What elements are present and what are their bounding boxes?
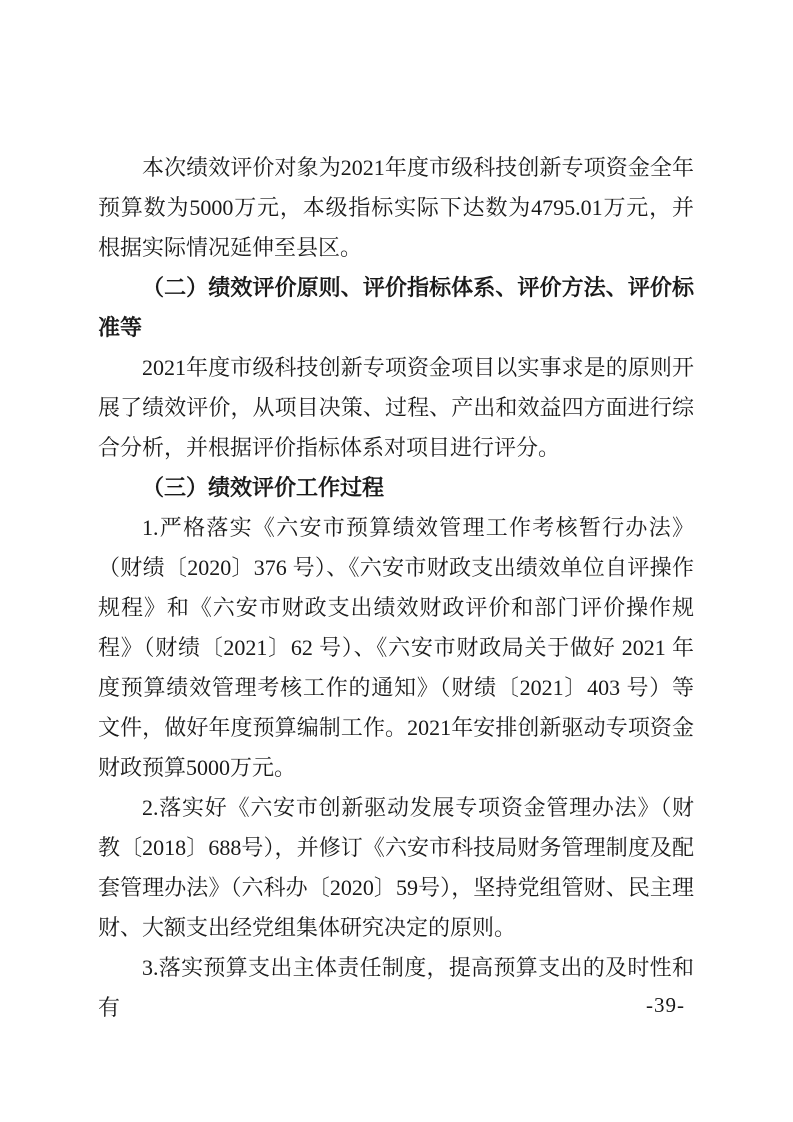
page-number: -39- [646,993,685,1017]
paragraph-item-2: 2.落实好《六安市创新驱动发展专项资金管理办法》（财教〔2018〕688号），并… [98,788,694,948]
paragraph-item-1: 1.严格落实《六安市预算绩效管理工作考核暂行办法》（财绩〔2020〕376 号）… [98,508,694,788]
paragraph-evaluation-method: 2021年度市级科技创新专项资金项目以实事求是的原则开展了绩效评价，从项目决策、… [98,348,694,468]
paragraph-evaluation-object: 本次绩效评价对象为2021年度市级科技创新专项资金全年预算数为5000万元，本级… [98,148,694,268]
section-heading-principles: （二）绩效评价原则、评价指标体系、评价方法、评价标准等 [98,268,694,348]
paragraph-item-3: 3.落实预算支出主体责任制度，提高预算支出的及时性和有 [98,948,694,1028]
document-page: 本次绩效评价对象为2021年度市级科技创新专项资金全年预算数为5000万元，本级… [0,0,793,1122]
section-heading-work-process: （三）绩效评价工作过程 [98,468,694,508]
document-body: 本次绩效评价对象为2021年度市级科技创新专项资金全年预算数为5000万元，本级… [98,148,694,1028]
